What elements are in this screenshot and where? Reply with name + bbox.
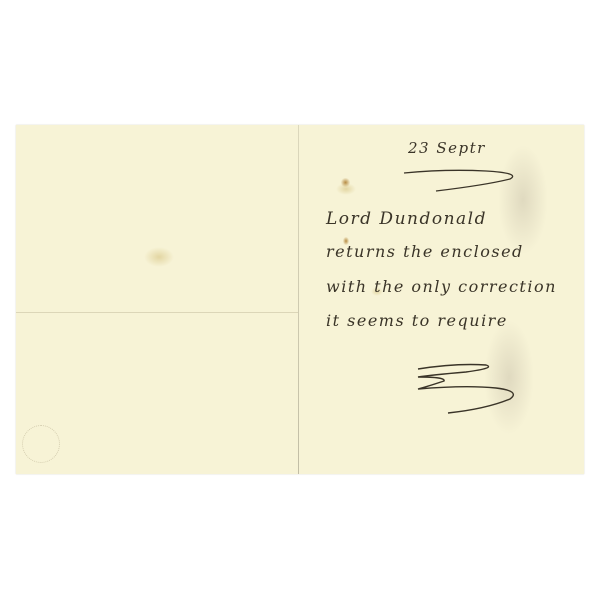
letter-line-2: returns the enclosed	[326, 242, 524, 261]
letter-line-1: Lord Dundonald	[326, 209, 487, 229]
grey-smudge-bottom	[484, 320, 534, 435]
letter-line-4: it seems to require	[326, 311, 508, 330]
foxing-stain-left	[144, 247, 174, 267]
letter-date: 23 Septr	[408, 139, 486, 157]
vertical-fold-line	[298, 125, 299, 474]
letter-paper: 23 Septr Lord Dundonald returns the encl…	[16, 125, 584, 474]
ink-stain-halo	[336, 183, 356, 195]
grey-smudge-top	[498, 145, 548, 255]
horizontal-fold-line	[16, 312, 298, 313]
letter-line-3: with the only correction	[326, 277, 557, 296]
date-underline-flourish	[404, 170, 513, 191]
embossed-stamp	[22, 425, 60, 463]
